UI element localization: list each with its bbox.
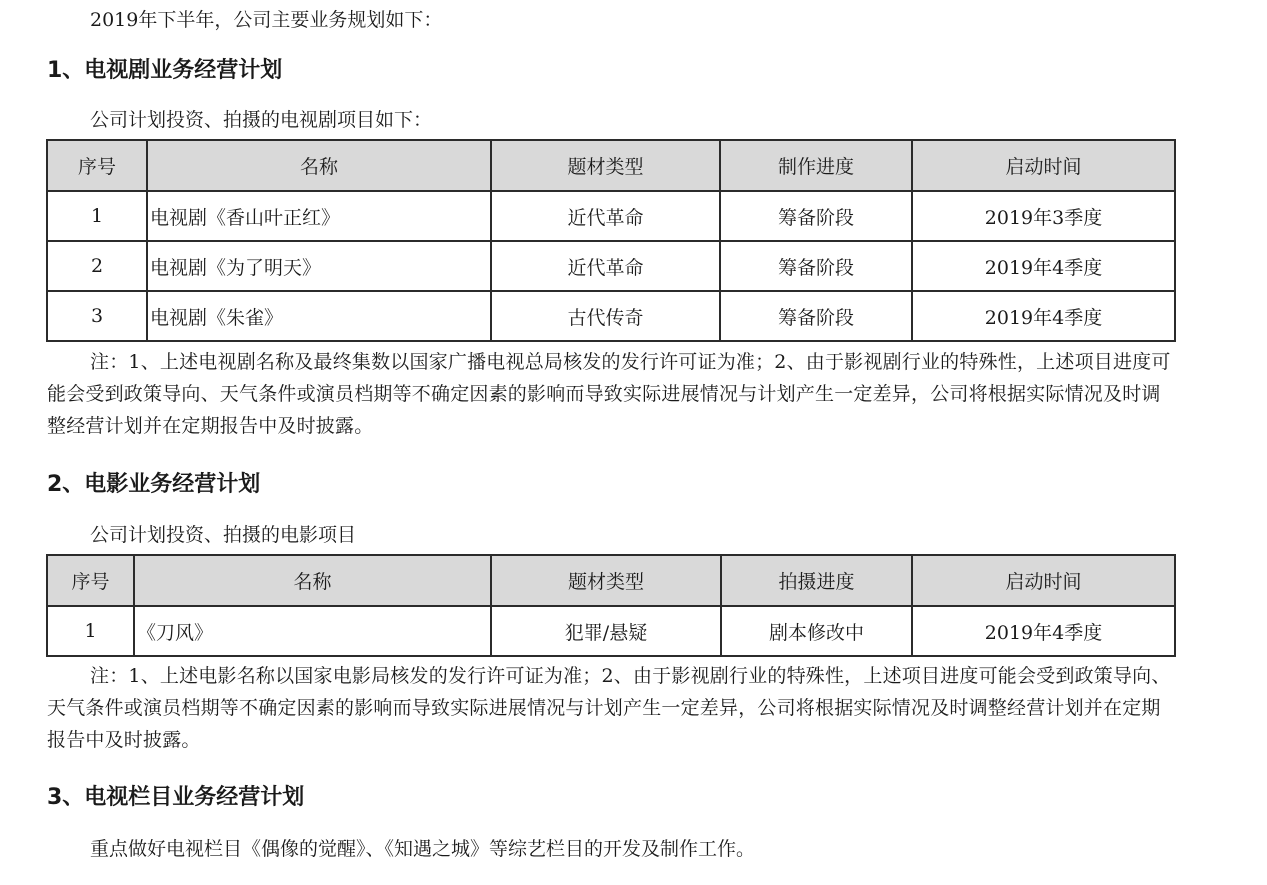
cell-genre: 古代传奇 bbox=[491, 291, 720, 341]
cell-progress: 筹备阶段 bbox=[720, 191, 912, 241]
table-header-row: 序号 名称 题材类型 拍摄进度 启动时间 bbox=[47, 555, 1175, 606]
header-cell: 名称 bbox=[147, 140, 491, 191]
section-lead-tv-program: 重点做好电视栏目《偶像的觉醒》、《知遇之城》等综艺栏目的开发及制作工作。 bbox=[90, 836, 755, 862]
film-table: 序号 名称 题材类型 拍摄进度 启动时间 1 《刀风》 犯罪/悬疑 剧本修改中 … bbox=[46, 554, 1176, 657]
cell-start: 2019年4季度 bbox=[912, 606, 1175, 656]
header-cell: 拍摄进度 bbox=[721, 555, 912, 606]
table-row: 3 电视剧《朱雀》 古代传奇 筹备阶段 2019年4季度 bbox=[47, 291, 1175, 341]
cell-index: 1 bbox=[47, 191, 147, 241]
section-lead-film: 公司计划投资、拍摄的电影项目 bbox=[90, 522, 356, 548]
section-lead-tv-drama: 公司计划投资、拍摄的电视剧项目如下： bbox=[90, 107, 432, 133]
table-row: 1 电视剧《香山叶正红》 近代革命 筹备阶段 2019年3季度 bbox=[47, 191, 1175, 241]
header-cell: 制作进度 bbox=[720, 140, 912, 191]
header-cell: 名称 bbox=[134, 555, 491, 606]
cell-genre: 近代革命 bbox=[491, 191, 720, 241]
header-cell: 题材类型 bbox=[491, 555, 721, 606]
tv-drama-table: 序号 名称 题材类型 制作进度 启动时间 1 电视剧《香山叶正红》 近代革命 筹… bbox=[46, 139, 1176, 342]
cell-genre: 犯罪/悬疑 bbox=[491, 606, 721, 656]
cell-index: 1 bbox=[47, 606, 134, 656]
cell-index: 2 bbox=[47, 241, 147, 291]
header-cell: 序号 bbox=[47, 555, 134, 606]
cell-progress: 筹备阶段 bbox=[720, 291, 912, 341]
cell-start: 2019年4季度 bbox=[912, 241, 1175, 291]
section-heading-film: 2、电影业务经营计划 bbox=[47, 471, 260, 499]
cell-start: 2019年4季度 bbox=[912, 291, 1175, 341]
section-heading-tv-drama: 1、电视剧业务经营计划 bbox=[47, 57, 282, 85]
table-row: 1 《刀风》 犯罪/悬疑 剧本修改中 2019年4季度 bbox=[47, 606, 1175, 656]
cell-name: 电视剧《朱雀》 bbox=[147, 291, 491, 341]
table-row: 2 电视剧《为了明天》 近代革命 筹备阶段 2019年4季度 bbox=[47, 241, 1175, 291]
cell-name: 《刀风》 bbox=[134, 606, 491, 656]
cell-genre: 近代革命 bbox=[491, 241, 720, 291]
header-cell: 启动时间 bbox=[912, 140, 1175, 191]
cell-name: 电视剧《为了明天》 bbox=[147, 241, 491, 291]
film-note: 注：1、上述电影名称以国家电影局核发的发行许可证为准；2、由于影视剧行业的特殊性… bbox=[47, 660, 1175, 756]
header-cell: 题材类型 bbox=[491, 140, 720, 191]
intro-text: 2019年下半年，公司主要业务规划如下： bbox=[90, 7, 442, 33]
header-cell: 启动时间 bbox=[912, 555, 1175, 606]
tv-drama-note: 注：1、上述电视剧名称及最终集数以国家广播电视总局核发的发行许可证为准；2、由于… bbox=[47, 346, 1175, 442]
table-header-row: 序号 名称 题材类型 制作进度 启动时间 bbox=[47, 140, 1175, 191]
cell-index: 3 bbox=[47, 291, 147, 341]
header-cell: 序号 bbox=[47, 140, 147, 191]
cell-progress: 剧本修改中 bbox=[721, 606, 912, 656]
cell-start: 2019年3季度 bbox=[912, 191, 1175, 241]
section-heading-tv-program: 3、电视栏目业务经营计划 bbox=[47, 784, 304, 812]
cell-name: 电视剧《香山叶正红》 bbox=[147, 191, 491, 241]
cell-progress: 筹备阶段 bbox=[720, 241, 912, 291]
